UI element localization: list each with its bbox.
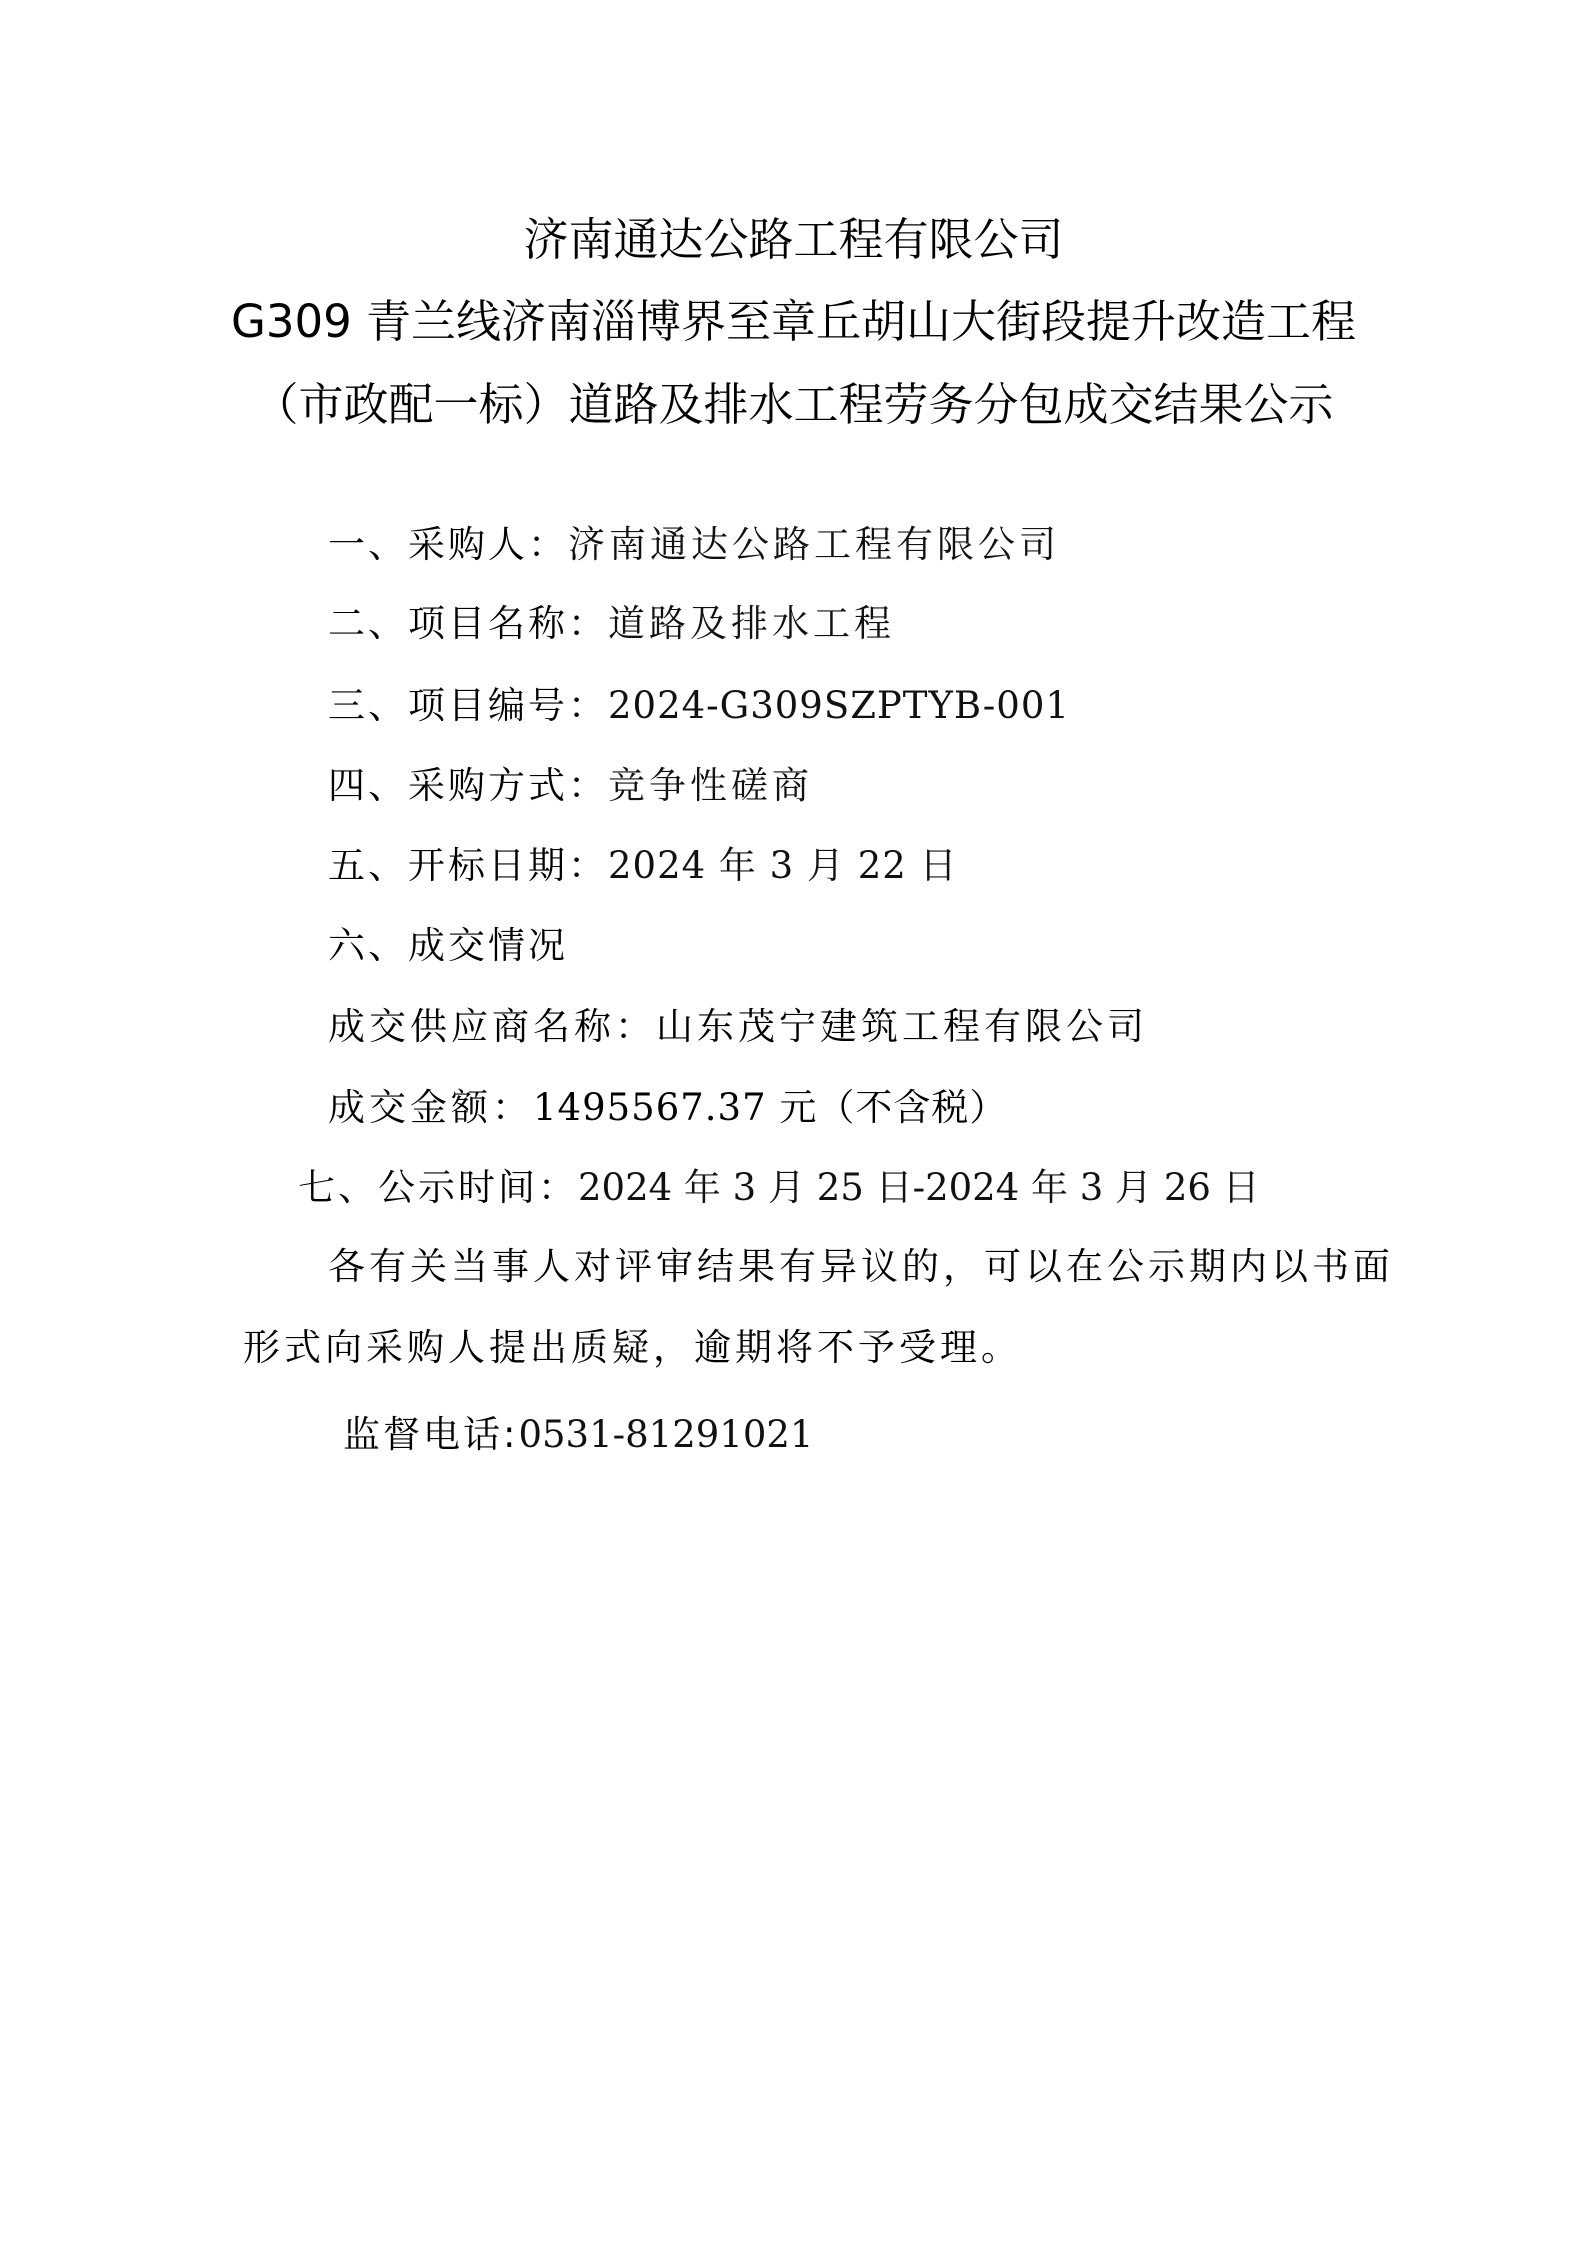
item-project-name: 二、项目名称：道路及排水工程 — [328, 600, 895, 649]
deal-supplier-value: 山东茂宁建筑工程有限公司 — [656, 1005, 1148, 1048]
supervision-phone: 监督电话:0531-81291021 — [343, 1411, 813, 1460]
item-project-name-label: 二、项目名称： — [328, 602, 608, 645]
supervision-phone-number: 0531-81291021 — [518, 1413, 813, 1456]
publicity-period: 七、公示时间：2024 年 3 月 25 日-2024 年 3 月 26 日 — [298, 1164, 1260, 1213]
deal-supplier: 成交供应商名称：山东茂宁建筑工程有限公司 — [328, 1003, 1148, 1052]
deal-amount: 成交金额：1495567.37 元（不含税） — [328, 1084, 1007, 1133]
notice-line-2: 形式向采购人提出质疑，逾期将不予受理。 — [243, 1324, 1022, 1372]
item-purchaser: 一、采购人：济南通达公路工程有限公司 — [328, 521, 1060, 570]
publicity-period-value: 2024 年 3 月 25 日-2024 年 3 月 26 日 — [578, 1166, 1260, 1209]
deal-supplier-label: 成交供应商名称： — [328, 1005, 656, 1048]
item-procurement-method-label: 四、采购方式： — [328, 764, 608, 807]
item-project-number: 三、项目编号：2024-G309SZPTYB-001 — [328, 682, 1070, 731]
item-deal-status-label: 六、成交情况 — [328, 924, 568, 967]
title-project: G309 青兰线济南淄博界至章丘胡山大街段提升改造工程 — [0, 294, 1587, 350]
deal-amount-label: 成交金额： — [328, 1086, 533, 1129]
deal-amount-value: 1495567.37 元（不含税） — [533, 1086, 1007, 1129]
item-procurement-method: 四、采购方式：竞争性磋商 — [328, 762, 813, 811]
supervision-phone-label: 监督电话: — [343, 1413, 518, 1456]
item-purchaser-label: 一、采购人： — [328, 523, 568, 566]
title-company: 济南通达公路工程有限公司 — [0, 212, 1587, 268]
item-project-number-value: 2024-G309SZPTYB-001 — [608, 684, 1070, 727]
notice-line-1: 各有关当事人对评审结果有异议的，可以在公示期内以书面 — [328, 1243, 1394, 1291]
item-opening-date-value: 2024 年 3 月 22 日 — [608, 844, 958, 887]
publicity-period-label: 七、公示时间： — [298, 1166, 578, 1209]
item-project-name-value: 道路及排水工程 — [608, 602, 895, 645]
item-opening-date-label: 五、开标日期： — [328, 844, 608, 887]
item-procurement-method-value: 竞争性磋商 — [608, 764, 813, 807]
title-announcement: （市政配一标）道路及排水工程劳务分包成交结果公示 — [0, 377, 1587, 433]
item-project-number-label: 三、项目编号： — [328, 684, 608, 727]
item-purchaser-value: 济南通达公路工程有限公司 — [568, 523, 1060, 566]
item-opening-date: 五、开标日期：2024 年 3 月 22 日 — [328, 842, 958, 891]
item-deal-status: 六、成交情况 — [328, 922, 568, 971]
